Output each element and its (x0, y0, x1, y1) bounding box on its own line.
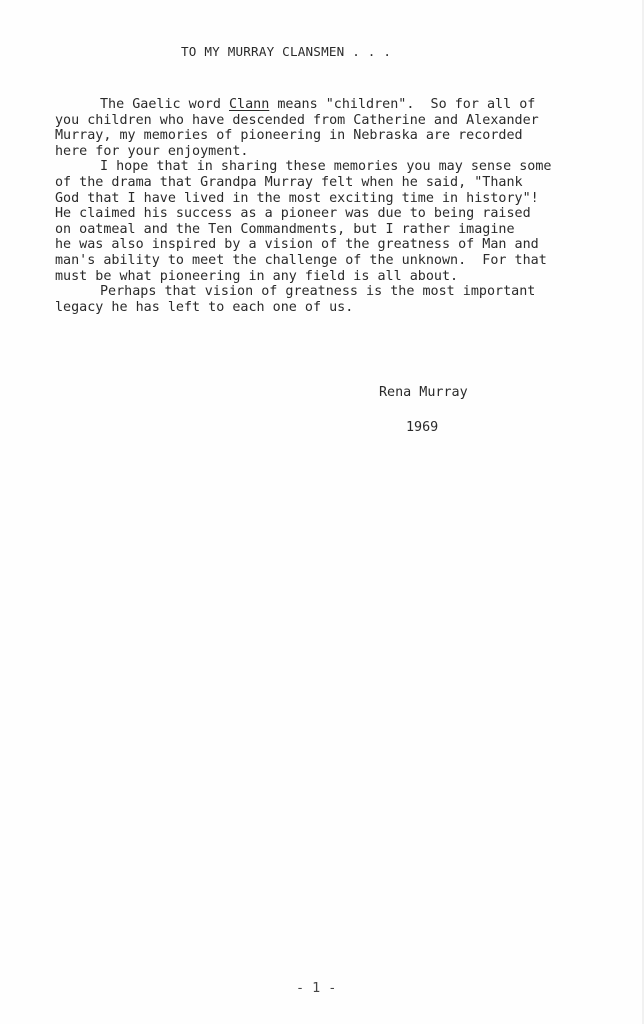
text-line: must be what pioneering in any field is … (55, 269, 615, 285)
text-line: of the drama that Grandpa Murray felt wh… (55, 175, 615, 191)
text-line: on oatmeal and the Ten Commandments, but… (55, 222, 615, 238)
text-line: Murray, my memories of pioneering in Neb… (55, 128, 615, 144)
text-span: means "children". So for all of (269, 97, 535, 112)
letter-body: The Gaelic word Clann means "children". … (55, 97, 615, 315)
text-line: legacy he has left to each one of us. (55, 300, 615, 316)
signature-name: Rena Murray (379, 385, 468, 400)
underlined-word: Clann (229, 97, 269, 112)
document-page: TO MY MURRAY CLANSMEN . . . The Gaelic w… (0, 0, 644, 1024)
text-line: Perhaps that vision of greatness is the … (55, 284, 615, 300)
signature-year: 1969 (406, 420, 438, 435)
text-line: He claimed his success as a pioneer was … (55, 206, 615, 222)
document-title: TO MY MURRAY CLANSMEN . . . (181, 44, 391, 59)
text-span: The Gaelic word (100, 97, 229, 112)
text-line: you children who have descended from Cat… (55, 113, 615, 129)
text-line: he was also inspired by a vision of the … (55, 237, 615, 253)
text-line: man's ability to meet the challenge of t… (55, 253, 615, 269)
text-line: The Gaelic word Clann means "children". … (55, 97, 615, 113)
text-line: I hope that in sharing these memories yo… (55, 159, 615, 175)
page-number: - 1 - (296, 981, 336, 996)
text-line: here for your enjoyment. (55, 144, 615, 160)
text-line: God that I have lived in the most exciti… (55, 191, 615, 207)
